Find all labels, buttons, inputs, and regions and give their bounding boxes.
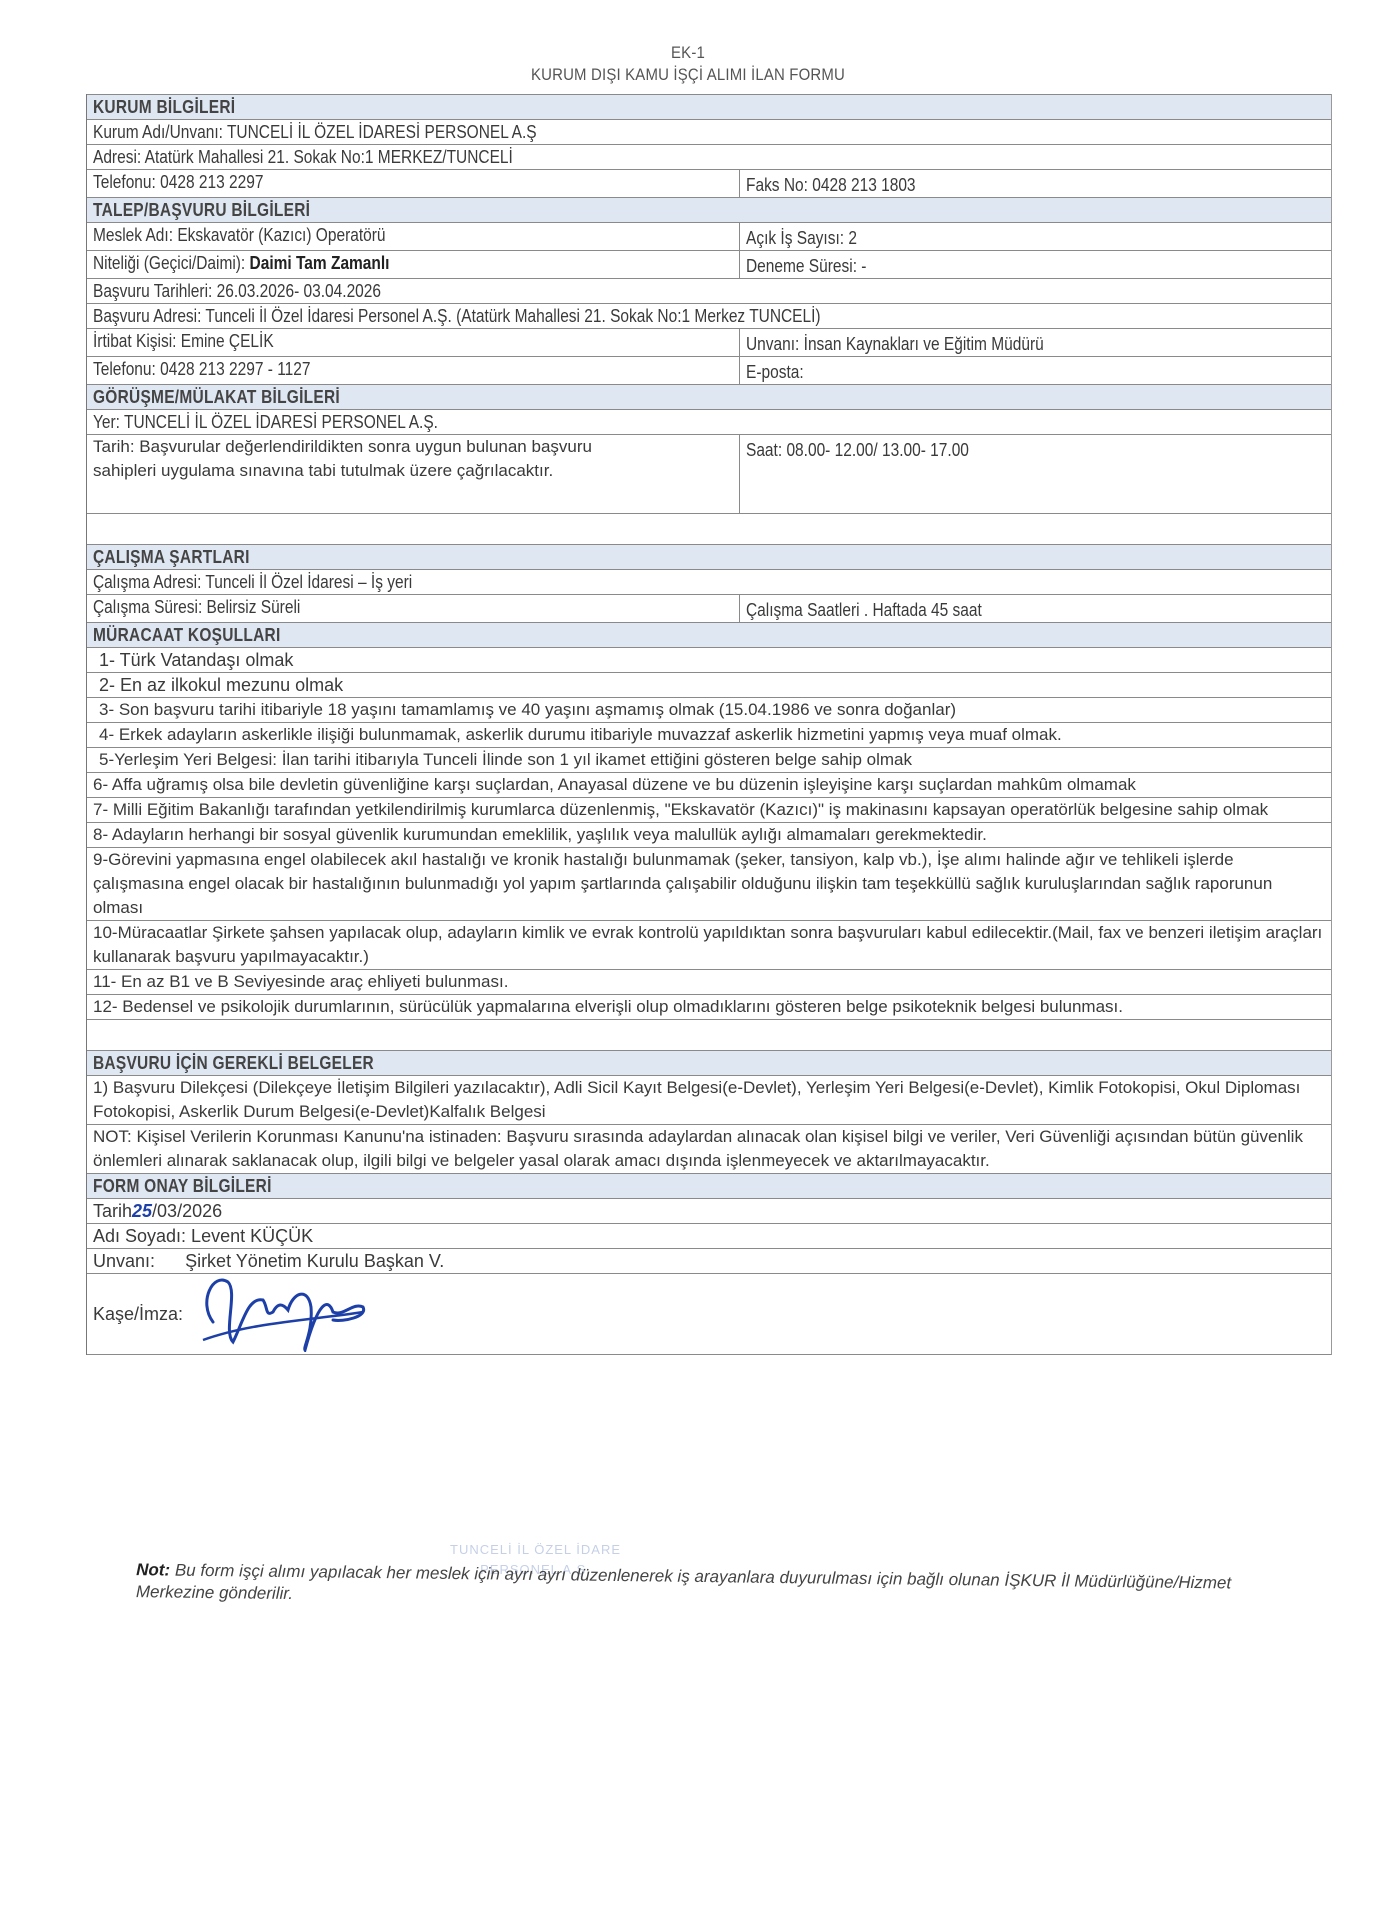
section-belgeler: BAŞVURU İÇİN GEREKLİ BELGELER: [87, 1051, 1331, 1075]
interview-time: Saat: 08.00- 12.00/ 13.00- 17.00: [740, 435, 1331, 513]
trial-period: Deneme Süresi: -: [740, 251, 1331, 278]
signature-icon: [193, 1262, 373, 1357]
form-title: KURUM DIŞI KAMU İŞÇİ ALIMI İLAN FORMU: [83, 64, 1294, 86]
annex-label: EK-1: [83, 42, 1294, 64]
section-calisma: ÇALIŞMA ŞARTLARI: [87, 545, 1331, 569]
work-hours: Çalışma Saatleri . Haftada 45 saat: [740, 595, 1331, 622]
condition-item: 7- Milli Eğitim Bakanlığı tarafından yet…: [87, 798, 1274, 822]
condition-item: 12- Bedensel ve psikolojik durumlarının,…: [87, 995, 1129, 1019]
kvkk-note: NOT: Kişisel Verilerin Korunması Kanunu'…: [87, 1125, 1331, 1173]
approval-date: Tarih25/03/2026: [87, 1199, 1331, 1223]
condition-item: 8- Adayların herhangi bir sosyal güvenli…: [87, 823, 993, 847]
condition-item: 5-Yerleşim Yeri Belgesi: İlan tarihi iti…: [87, 748, 918, 772]
institution-address: Adresi: Atatürk Mahallesi 21. Sokak No:1…: [87, 145, 1331, 169]
section-kurum: KURUM BİLGİLERİ: [87, 95, 1331, 119]
work-address: Çalışma Adresi: Tunceli İl Özel İdaresi …: [87, 570, 1331, 594]
condition-item: 3- Son başvuru tarihi itibariyle 18 yaşı…: [87, 698, 962, 722]
blank-row: [87, 1020, 1331, 1051]
footer-note: Not: Bu form işçi alımı yapılacak her me…: [136, 1559, 1266, 1617]
required-documents: 1) Başvuru Dilekçesi (Dilekçeye İletişim…: [87, 1076, 1331, 1124]
contact-phone: Telefonu: 0428 213 2297 - 1127: [87, 357, 740, 384]
contact-title: Unvanı: İnsan Kaynakları ve Eğitim Müdür…: [740, 329, 1331, 356]
approval-day-handwritten: 25: [132, 1201, 152, 1221]
work-duration: Çalışma Süresi: Belirsiz Süreli: [87, 595, 740, 622]
institution-phone: Telefonu: 0428 213 2297: [87, 170, 740, 197]
interview-date: Tarih: Başvurular değerlendirildikten so…: [87, 435, 740, 513]
occupation-name: Meslek Adı: Ekskavatör (Kazıcı) Operatör…: [87, 223, 740, 250]
institution-name: Kurum Adı/Unvanı: TUNCELİ İL ÖZEL İDARES…: [87, 120, 1331, 144]
condition-item: 1- Türk Vatandaşı olmak: [87, 648, 299, 672]
condition-item: 2- En az ilkokul mezunu olmak: [87, 673, 349, 697]
condition-item: 11- En az B1 ve B Seviyesinde araç ehliy…: [87, 970, 514, 994]
contact-email: E-posta:: [740, 357, 1331, 384]
open-positions: Açık İş Sayısı: 2: [740, 223, 1331, 250]
section-onay: FORM ONAY BİLGİLERİ: [87, 1174, 1331, 1198]
section-talep: TALEP/BAŞVURU BİLGİLERİ: [87, 198, 1331, 222]
section-gorusme: GÖRÜŞME/MÜLAKAT BİLGİLERİ: [87, 385, 1331, 409]
job-posting-form: KURUM BİLGİLERİ Kurum Adı/Unvanı: TUNCEL…: [86, 94, 1332, 1355]
contact-person: İrtibat Kişisi: Emine ÇELİK: [87, 329, 740, 356]
job-nature: Niteliği (Geçici/Daimi): Daimi Tam Zaman…: [87, 251, 740, 278]
job-nature-value: Daimi Tam Zamanlı: [250, 253, 390, 273]
condition-item: 4- Erkek adayların askerlikle ilişiği bu…: [87, 723, 1068, 747]
application-address: Başvuru Adresi: Tunceli İl Özel İdaresi …: [87, 304, 1331, 328]
blank-row: [87, 514, 1331, 545]
application-dates: Başvuru Tarihleri: 26.03.2026- 03.04.202…: [87, 279, 1331, 303]
section-muracaat: MÜRACAAT KOŞULLARI: [87, 623, 1331, 647]
condition-item: 9-Görevini yapmasına engel olabilecek ak…: [87, 848, 1331, 920]
approver-name: Adı Soyadı: Levent KÜÇÜK: [87, 1224, 1331, 1248]
signature-label: Kaşe/İmza:: [87, 1304, 183, 1325]
condition-item: 6- Affa uğramış olsa bile devletin güven…: [87, 773, 1142, 797]
institution-fax: Faks No: 0428 213 1803: [740, 170, 1331, 197]
condition-item: 10-Müracaatlar Şirkete şahsen yapılacak …: [87, 921, 1331, 969]
document-header: EK-1 KURUM DIŞI KAMU İŞÇİ ALIMI İLAN FOR…: [0, 42, 1376, 86]
interview-place: Yer: TUNCELİ İL ÖZEL İDARESİ PERSONEL A.…: [87, 410, 1331, 434]
